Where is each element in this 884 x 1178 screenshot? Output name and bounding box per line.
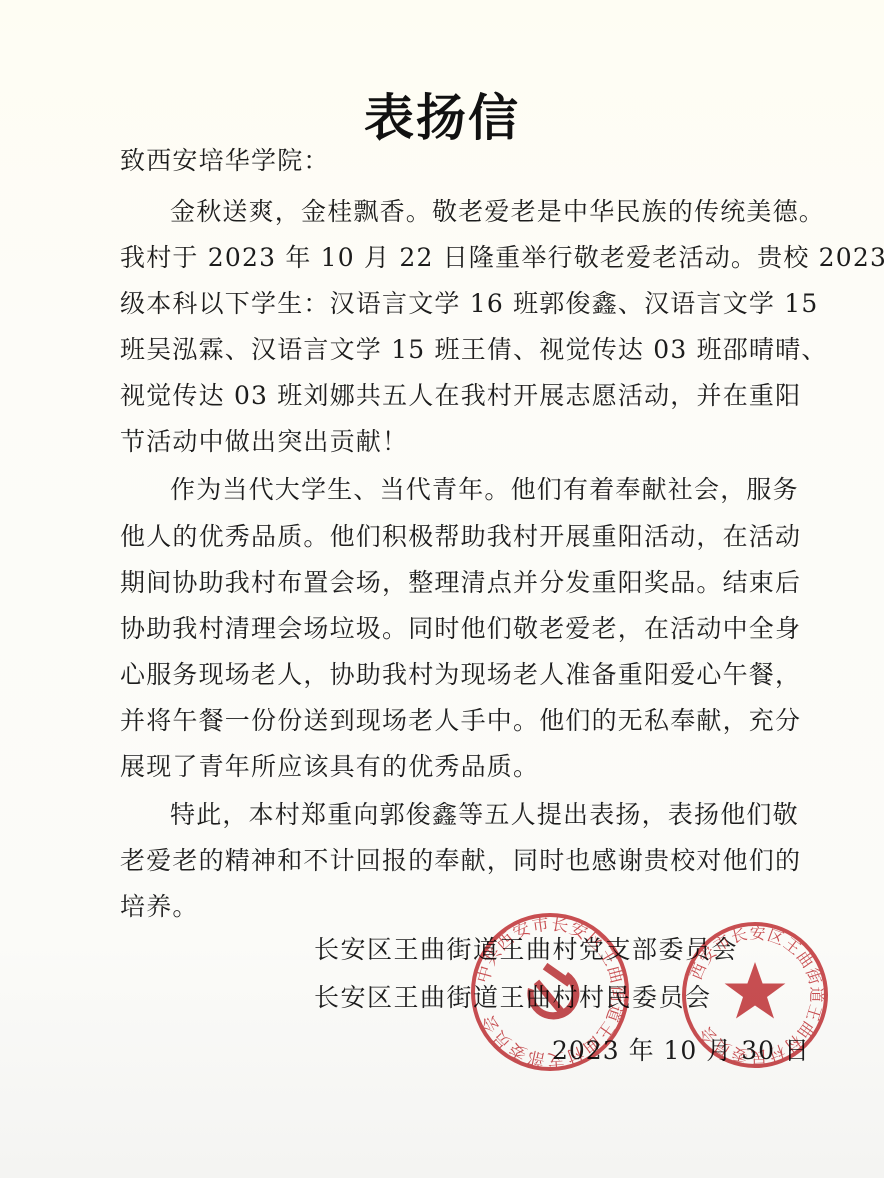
letter-title: 表扬信	[0, 78, 884, 150]
body-line: 作为当代大学生、当代青年。他们有着奉献社会，服务	[170, 475, 799, 505]
party-branch-seal-icon: 中共西安市长安区王曲街道王曲村支部委员会	[468, 910, 632, 1074]
body-line: 他人的优秀品质。他们积极帮助我村开展重阳活动，在活动	[120, 522, 801, 552]
body-line: 特此，本村郑重向郭俊鑫等五人提出表扬，表扬他们敬	[170, 800, 799, 830]
body-line: 我村于 2023 年 10 月 22 日隆重举行敬老爱老活动。贵校 2023	[120, 243, 884, 273]
body-line: 金秋送爽，金桂飘香。敬老爱老是中华民族的传统美德。	[170, 197, 825, 227]
body-line: 展现了青年所应该具有的优秀品质。	[120, 752, 539, 782]
body-line: 班吴泓霖、汉语言文学 15 班王倩、视觉传达 03 班邵晴晴、	[120, 335, 828, 365]
salutation: 致西安培华学院：	[120, 146, 330, 176]
star-icon	[725, 962, 786, 1019]
body-line: 视觉传达 03 班刘娜共五人在我村开展志愿活动，并在重阳	[120, 381, 801, 411]
body-line: 并将午餐一份份送到现场老人手中。他们的无私奉献，充分	[120, 706, 801, 736]
body-line: 期间协助我村布置会场，整理清点并分发重阳奖品。结束后	[120, 568, 801, 598]
body-line: 老爱老的精神和不计回报的奉献，同时也感谢贵校对他们的	[120, 846, 801, 876]
hammer-sickle-icon	[527, 963, 579, 1020]
villagers-committee-seal-icon: 西安市长安区王曲街道王曲村村民委员会	[680, 920, 830, 1070]
body-line: 级本科以下学生：汉语言文学 16 班郭俊鑫、汉语言文学 15	[120, 289, 818, 319]
body-line: 节活动中做出突出贡献！	[120, 427, 408, 457]
body-line: 协助我村清理会场垃圾。同时他们敬老爱老，在活动中全身	[120, 614, 801, 644]
letter-page: 表扬信 致西安培华学院： 金秋送爽，金桂飘香。敬老爱老是中华民族的传统美德。 我…	[0, 0, 884, 1178]
body-line: 培养。	[120, 892, 199, 922]
body-line: 心服务现场老人，协助我村为现场老人准备重阳爱心午餐，	[120, 660, 801, 690]
